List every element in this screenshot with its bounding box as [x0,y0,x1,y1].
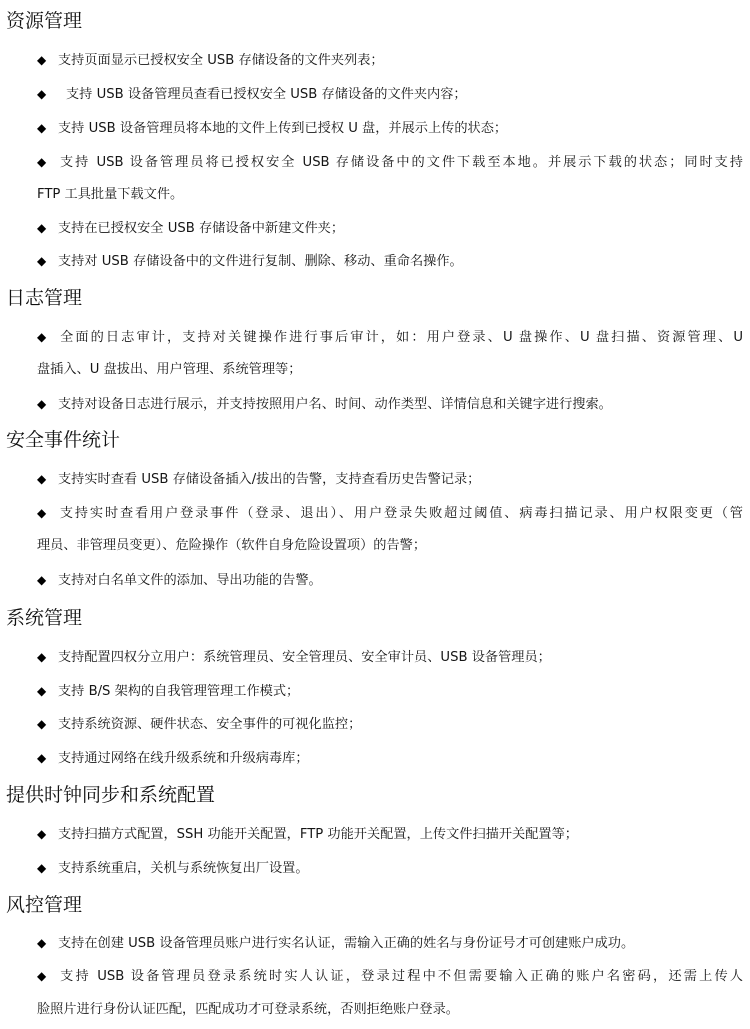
bullet-text: 支持系统重启，关机与系统恢复出厂设置。 [58,861,309,876]
bullet-text: 支持对设备日志进行展示，并支持按照用户名、时间、动作类型、详情信息和关键字进行搜… [58,397,612,412]
diamond-bullet-icon: ◆ [37,934,49,952]
bullet-item: ◆支持通过网络在线升级系统和升级病毒库； [37,749,743,768]
bullet-text: 支持在创建 USB 设备管理员账户进行实名认证，需输入正确的姓名与身份证号才可创… [58,936,634,951]
section-heading-log-management: 日志管理 [6,287,82,309]
bullet-continuation: FTP 工具批量下载文件。 [37,186,743,204]
bullet-item: ◆支持配置四权分立用户：系统管理员、安全管理员、安全审计员、USB 设备管理员； [37,648,743,667]
bullet-item: ◆支持页面显示已授权安全 USB 存储设备的文件夹列表； [37,51,743,70]
diamond-bullet-icon: ◆ [37,470,49,488]
bullet-text: 支持扫描方式配置，SSH 功能开关配置，FTP 功能开关配置，上传文件扫描开关配… [58,827,578,842]
bullet-text: 支持实时查看 USB 存储设备插入/拔出的告警，支持查看历史告警记录； [58,472,480,487]
bullet-item: ◆支持实时查看用户登录事件（登录、退出）、用户登录失败超过阈值、病毒扫描记录、用… [37,504,743,523]
diamond-bullet-icon: ◆ [37,395,49,413]
bullet-text: 支持 B/S 架构的自我管理管理工作模式； [58,684,299,699]
bullet-text: 支持对 USB 存储设备中的文件进行复制、删除、移动、重命名操作。 [58,254,463,269]
bullet-item: ◆支持 USB 设备管理员将本地的文件上传到已授权 U 盘，并展示上传的状态； [37,119,743,138]
diamond-bullet-icon: ◆ [37,119,49,137]
section-heading-system-management: 系统管理 [6,607,82,629]
bullet-item: ◆支持 B/S 架构的自我管理管理工作模式； [37,682,743,701]
bullet-text: 支持 USB 设备管理员查看已授权安全 USB 存储设备的文件夹内容； [66,87,467,102]
diamond-bullet-icon: ◆ [37,571,49,589]
bullet-continuation: 盘插入、U 盘拔出、用户管理、系统管理等； [37,361,743,379]
bullet-item: ◆全面的日志审计，支持对关键操作进行事后审计，如：用户登录、U 盘操作、U 盘扫… [37,328,743,347]
bullet-text: 支持 USB 设备管理员将已授权安全 USB 存储设备中的文件下载至本地。并展示… [58,155,743,170]
diamond-bullet-icon: ◆ [37,153,49,171]
diamond-bullet-icon: ◆ [37,825,49,843]
bullet-item: ◆支持实时查看 USB 存储设备插入/拔出的告警，支持查看历史告警记录； [37,470,743,489]
diamond-bullet-icon: ◆ [37,219,49,237]
diamond-bullet-icon: ◆ [37,504,49,522]
bullet-text: 支持在已授权安全 USB 存储设备中新建文件夹； [58,221,344,236]
bullet-text: 支持 USB 设备管理员将本地的文件上传到已授权 U 盘，并展示上传的状态； [58,121,507,136]
bullet-text: 支持通过网络在线升级系统和升级病毒库； [58,751,309,766]
bullet-text: 支持配置四权分立用户：系统管理员、安全管理员、安全审计员、USB 设备管理员； [58,650,551,665]
bullet-item: ◆支持扫描方式配置，SSH 功能开关配置，FTP 功能开关配置，上传文件扫描开关… [37,825,743,844]
bullet-item: ◆支持系统资源、硬件状态、安全事件的可视化监控； [37,715,743,734]
bullet-text: 支持 USB 设备管理员登录系统时实人认证，登录过程中不但需要输入正确的账户名密… [58,969,743,984]
bullet-text: 支持页面显示已授权安全 USB 存储设备的文件夹列表； [58,53,384,68]
bullet-item: ◆支持对设备日志进行展示，并支持按照用户名、时间、动作类型、详情信息和关键字进行… [37,395,743,414]
bullet-continuation: 脸照片进行身份认证匹配，匹配成功才可登录系统，否则拒绝账户登录。 [37,1001,743,1019]
bullet-item: ◆支持对白名单文件的添加、导出功能的告警。 [37,571,743,590]
bullet-item: ◆支持在创建 USB 设备管理员账户进行实名认证，需输入正确的姓名与身份证号才可… [37,934,743,953]
bullet-item: ◆支持在已授权安全 USB 存储设备中新建文件夹； [37,219,743,238]
section-heading-resource-management: 资源管理 [6,10,82,32]
bullet-item: ◆支持 USB 设备管理员登录系统时实人认证，登录过程中不但需要输入正确的账户名… [37,967,743,986]
bullet-text: 支持实时查看用户登录事件（登录、退出）、用户登录失败超过阈值、病毒扫描记录、用户… [58,506,743,521]
diamond-bullet-icon: ◆ [37,85,49,103]
bullet-item: ◆支持 USB 设备管理员将已授权安全 USB 存储设备中的文件下载至本地。并展… [37,153,743,172]
bullet-continuation: 理员、非管理员变更）、危险操作（软件自身危险设置项）的告警； [37,537,743,555]
diamond-bullet-icon: ◆ [37,51,49,69]
bullet-item: ◆支持对 USB 存储设备中的文件进行复制、删除、移动、重命名操作。 [37,252,743,271]
section-heading-clock-sync-system-config: 提供时钟同步和系统配置 [6,784,215,806]
diamond-bullet-icon: ◆ [37,252,49,270]
section-heading-risk-control-management: 风控管理 [6,894,82,916]
diamond-bullet-icon: ◆ [37,648,49,666]
bullet-text: 支持对白名单文件的添加、导出功能的告警。 [58,573,322,588]
diamond-bullet-icon: ◆ [37,749,49,767]
bullet-text: 全面的日志审计，支持对关键操作进行事后审计，如：用户登录、U 盘操作、U 盘扫描… [58,330,743,345]
diamond-bullet-icon: ◆ [37,967,49,985]
bullet-text: 支持系统资源、硬件状态、安全事件的可视化监控； [58,717,361,732]
section-heading-security-event-statistics: 安全事件统计 [6,429,120,451]
diamond-bullet-icon: ◆ [37,859,49,877]
diamond-bullet-icon: ◆ [37,715,49,733]
bullet-item: ◆支持系统重启，关机与系统恢复出厂设置。 [37,859,743,878]
bullet-item: ◆支持 USB 设备管理员查看已授权安全 USB 存储设备的文件夹内容； [37,85,743,104]
diamond-bullet-icon: ◆ [37,682,49,700]
diamond-bullet-icon: ◆ [37,328,49,346]
